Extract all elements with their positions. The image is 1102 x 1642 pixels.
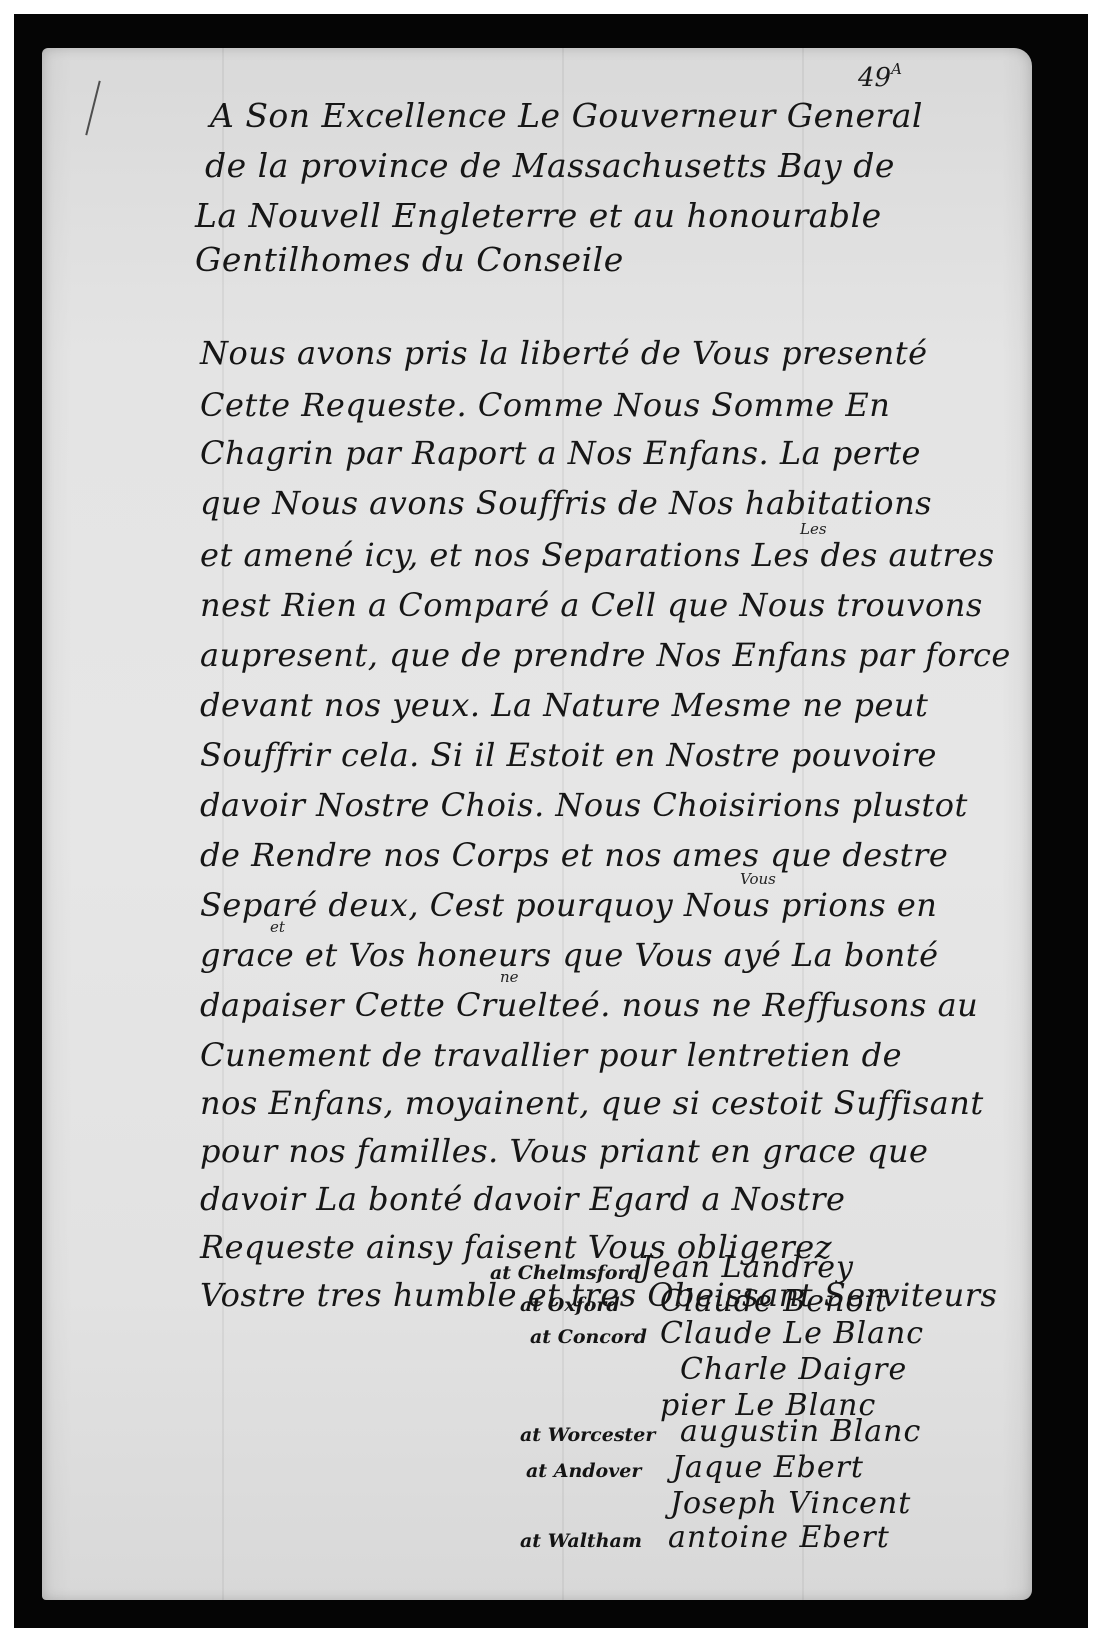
signature-name: antoine Ebert bbox=[668, 1520, 890, 1555]
signature-name: Claude Benoit bbox=[660, 1284, 888, 1319]
folio-value: 49 bbox=[858, 63, 891, 93]
body-line: dapaiser Cette Cruelteé. nous ne Reffuso… bbox=[200, 986, 978, 1024]
fold-line bbox=[562, 48, 564, 1600]
signature-name: Jaque Ebert bbox=[672, 1450, 864, 1485]
body-line: aupresent, que de prendre Nos Enfans par… bbox=[200, 636, 1011, 674]
body-line: nest Rien a Comparé a Cell que Nous trou… bbox=[200, 586, 983, 624]
body-line: Cette Requeste. Comme Nous Somme En bbox=[200, 386, 890, 424]
body-line: et amené icy, et nos Separations Les des… bbox=[200, 536, 995, 574]
body-line: pour nos familles. Vous priant en grace … bbox=[200, 1132, 928, 1170]
body-line: davoir La bonté davoir Egard a Nostre bbox=[200, 1180, 845, 1218]
body-line: Separé deux, Cest pourquoy Nous prions e… bbox=[200, 886, 937, 924]
fold-line bbox=[222, 48, 224, 1600]
interlinear-note: ne bbox=[500, 968, 519, 986]
body-line: Cunement de travallier pour lentretien d… bbox=[200, 1036, 902, 1074]
signature-place: at Worcester bbox=[520, 1424, 655, 1446]
body-line: de Rendre nos Corps et nos ames que dest… bbox=[200, 836, 948, 874]
signature-name: Charle Daigre bbox=[680, 1352, 907, 1387]
signature-name: Jean Landrey bbox=[640, 1250, 854, 1285]
body-line: que Nous avons Souffris de Nos habitatio… bbox=[200, 484, 932, 522]
signature-name: Claude Le Blanc bbox=[660, 1316, 924, 1351]
address-line: de la province de Massachusetts Bay de bbox=[205, 146, 895, 185]
address-line: La Nouvell Engleterre et au honourable bbox=[195, 196, 882, 235]
body-line: grace et Vos honeurs que Vous ayé La bon… bbox=[200, 936, 939, 974]
signature-place: at Oxford bbox=[520, 1294, 620, 1316]
body-line: Nous avons pris la liberté de Vous prese… bbox=[200, 334, 928, 372]
signature-place: at Chelmsford bbox=[490, 1262, 641, 1284]
address-line: A Son Excellence Le Gouverneur General bbox=[210, 96, 923, 135]
body-line: nos Enfans, moyainent, que si cestoit Su… bbox=[200, 1084, 984, 1122]
signature-place: at Andover bbox=[526, 1460, 641, 1482]
folio-suffix: A bbox=[891, 60, 902, 78]
signature-place: at Waltham bbox=[520, 1530, 642, 1552]
address-line: Gentilhomes du Conseile bbox=[195, 240, 624, 279]
body-line: Chagrin par Raport a Nos Enfans. La pert… bbox=[200, 434, 921, 472]
body-line: davoir Nostre Chois. Nous Choisirions pl… bbox=[200, 786, 968, 824]
body-line: Souffrir cela. Si il Estoit en Nostre po… bbox=[200, 736, 937, 774]
interlinear-note: et bbox=[270, 918, 285, 936]
interlinear-note: Vous bbox=[740, 870, 776, 888]
signature-name: Joseph Vincent bbox=[670, 1486, 911, 1521]
folio-number: 49A bbox=[858, 60, 902, 93]
body-line: devant nos yeux. La Nature Mesme ne peut bbox=[200, 686, 928, 724]
interlinear-note: Les bbox=[800, 520, 827, 538]
signature-name: augustin Blanc bbox=[680, 1414, 921, 1449]
signature-place: at Concord bbox=[530, 1326, 647, 1348]
